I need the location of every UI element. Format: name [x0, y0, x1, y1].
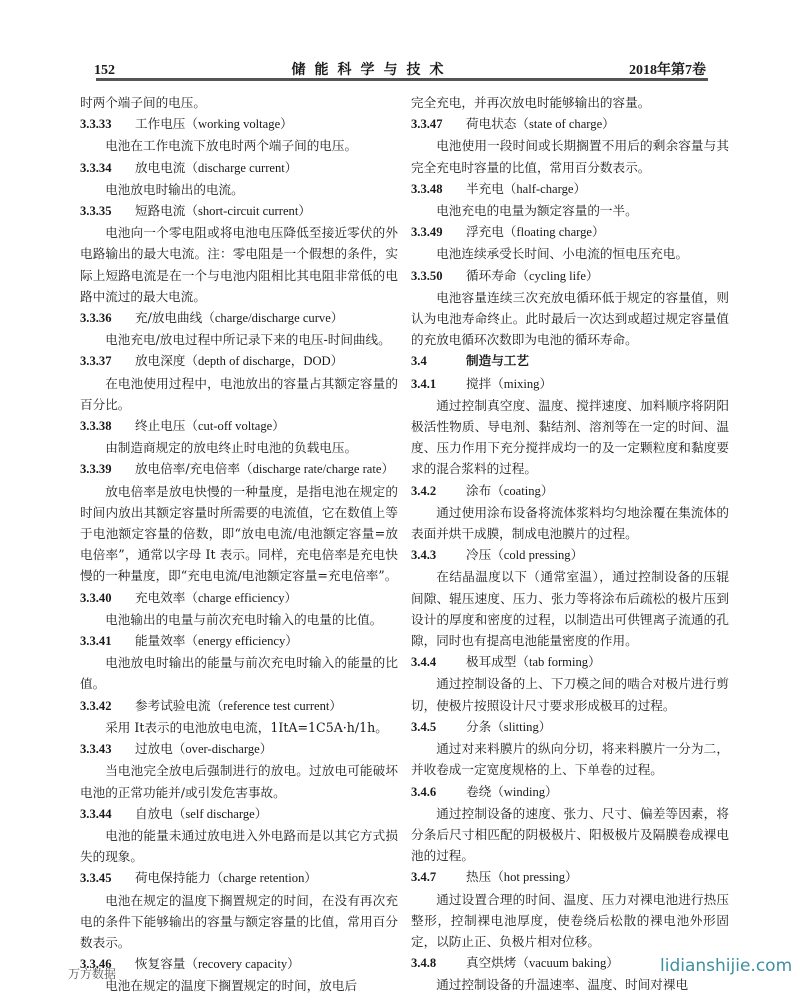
term-number: 3.3.39	[80, 459, 135, 480]
term-heading: 3.3.41能量效率（energy efficiency）	[80, 630, 398, 652]
body-paragraph: 通过设置合理的时间、温度、压力对裸电池进行热压整形，控制裸电池厚度，使卷绕后松散…	[411, 889, 729, 953]
body-paragraph: 电池输出的电量与前次充电时输入的电量的比值。	[80, 609, 398, 630]
term-chinese: 极耳成型	[466, 654, 516, 669]
term-number: 3.3.43	[80, 739, 135, 760]
term-number: 3.3.47	[411, 114, 466, 135]
term-number: 3.3.42	[80, 696, 135, 717]
body-paragraph: 电池在规定的温度下搁置规定的时间，在没有再次充电的条件下能够输出的容量与额定容量…	[80, 890, 398, 954]
body-paragraph: 电池在规定的温度下搁置规定的时间，放电后	[80, 975, 398, 996]
term-heading: 3.4.5分条（slitting）	[411, 716, 729, 738]
term-chinese: 放电电流	[135, 160, 185, 175]
term-number: 3.4.6	[411, 782, 466, 803]
running-header: 152 储能科学与技术 2018年第7卷	[94, 57, 706, 79]
term-english: （short-circuit current）	[185, 204, 311, 218]
page-number: 152	[94, 63, 115, 79]
term-chinese: 短路电流	[135, 203, 185, 218]
term-heading: 3.4.2涂布（coating）	[411, 480, 729, 502]
term-number: 3.4.3	[411, 545, 466, 566]
term-english: （cut-off voltage）	[185, 419, 284, 433]
body-paragraph: 当电池完全放电后强制进行的放电。过放电可能破坏电池的正常功能并/或引发危害事故。	[80, 760, 398, 802]
term-heading: 3.3.50循环寿命（cycling life）	[411, 265, 729, 287]
term-heading: 3.4.1搅拌（mixing）	[411, 373, 729, 395]
term-english: （vacuum baking）	[516, 956, 618, 970]
term-number: 3.3.50	[411, 266, 466, 287]
term-number: 3.4.5	[411, 717, 466, 738]
term-chinese: 半充电	[466, 181, 504, 196]
term-english: （recovery capacity）	[185, 957, 299, 971]
term-number: 3.3.45	[80, 868, 135, 889]
term-chinese: 冷压	[466, 547, 491, 562]
term-chinese: 涂布	[466, 483, 491, 498]
term-heading: 3.3.38终止电压（cut-off voltage）	[80, 415, 398, 437]
body-paragraph: 电池放电时输出的电流。	[80, 179, 398, 200]
term-heading: 3.3.40充电效率（charge efficiency）	[80, 587, 398, 609]
term-heading: 3.3.48半充电（half-charge）	[411, 178, 729, 200]
term-english: （discharge current）	[185, 161, 297, 175]
term-heading: 3.3.37放电深度（depth of discharge，DOD）	[80, 350, 398, 372]
term-english: （slitting）	[491, 720, 551, 734]
term-heading: 3.3.34放电电流（discharge current）	[80, 157, 398, 179]
term-english: （winding）	[491, 785, 557, 799]
term-number: 3.3.35	[80, 201, 135, 222]
term-number: 3.3.36	[80, 308, 135, 329]
term-chinese: 热压	[466, 869, 491, 884]
body-paragraph: 通过控制设备的上、下刀模之间的啮合对极片进行剪切，使极片按照设计尺寸要求形成极耳…	[411, 673, 729, 715]
term-chinese: 过放电	[135, 741, 173, 756]
section-number: 3.4	[411, 351, 466, 372]
right-column: 完全充电，并再次放电时能够输出的容量。3.3.47荷电状态（state of c…	[411, 92, 729, 996]
term-english: （hot pressing）	[491, 870, 577, 884]
term-number: 3.3.44	[80, 804, 135, 825]
term-chinese: 恢复容量	[135, 956, 185, 971]
body-paragraph: 通过控制真空度、温度、搅拌速度、加料顺序将阴阳极活性物质、导电剂、黏结剂、溶剂等…	[411, 395, 729, 480]
term-english: （depth of discharge，DOD）	[185, 354, 343, 368]
term-number: 3.3.40	[80, 588, 135, 609]
term-heading: 3.3.49浮充电（floating charge）	[411, 221, 729, 243]
term-chinese: 工作电压	[135, 116, 185, 131]
term-english: （mixing）	[491, 377, 552, 391]
term-chinese: 卷绕	[466, 784, 491, 799]
term-chinese: 充/放电曲线	[135, 310, 202, 325]
term-number: 3.3.41	[80, 631, 135, 652]
term-chinese: 自放电	[135, 806, 173, 821]
term-english: （self discharge）	[173, 807, 268, 821]
term-heading: 3.3.47荷电状态（state of charge）	[411, 113, 729, 135]
term-heading: 3.4.4极耳成型（tab forming）	[411, 651, 729, 673]
body-paragraph: 电池放电时输出的能量与前次充电时输入的能量的比值。	[80, 652, 398, 694]
body-paragraph: 在电池使用过程中，电池放出的容量占其额定容量的百分比。	[80, 373, 398, 415]
term-heading: 3.3.43过放电（over-discharge）	[80, 738, 398, 760]
body-paragraph: 在结晶温度以下（通常室温），通过控制设备的压辊间隙、辊压速度、压力、张力等将涂布…	[411, 566, 729, 651]
term-english: （energy efficiency）	[185, 634, 297, 648]
journal-title: 储能科学与技术	[292, 59, 453, 79]
term-chinese: 分条	[466, 719, 491, 734]
left-column: 时两个端子间的电压。3.3.33工作电压（working voltage）电池在…	[80, 92, 398, 997]
term-english: （charge retention）	[211, 871, 317, 885]
term-english: （over-discharge）	[173, 742, 273, 756]
body-paragraph: 采用 It表示的电池放电电流，1ItA=1C5A·h/1h。	[80, 717, 398, 738]
term-heading: 3.3.44自放电（self discharge）	[80, 803, 398, 825]
term-chinese: 荷电状态	[466, 116, 516, 131]
term-english: （cycling life）	[516, 269, 598, 283]
term-heading: 3.3.36充/放电曲线（charge/discharge curve）	[80, 307, 398, 329]
term-heading: 3.3.33工作电压（working voltage）	[80, 113, 398, 135]
term-chinese: 放电倍率/充电倍率	[135, 461, 240, 476]
body-paragraph: 电池的能量未通过放电进入外电路而是以其它方式损失的现象。	[80, 825, 398, 867]
body-paragraph: 电池充电的电量为额定容量的一半。	[411, 200, 729, 221]
term-chinese: 搅拌	[466, 376, 491, 391]
term-heading: 3.4.3冷压（cold pressing）	[411, 544, 729, 566]
term-heading: 3.3.42参考试验电流（reference test current）	[80, 695, 398, 717]
body-paragraph: 电池连续承受长时间、小电流的恒电压充电。	[411, 243, 729, 264]
body-paragraph: 由制造商规定的放电终止时电池的负载电压。	[80, 437, 398, 458]
term-english: （charge efficiency）	[185, 591, 297, 605]
term-heading: 3.3.35短路电流（short-circuit current）	[80, 200, 398, 222]
term-english: （discharge rate/charge rate）	[240, 462, 394, 476]
term-english: （coating）	[491, 484, 553, 498]
term-english: （state of charge）	[516, 117, 614, 131]
body-paragraph: 时两个端子间的电压。	[80, 92, 398, 113]
term-number: 3.4.2	[411, 481, 466, 502]
term-english: （tab forming）	[516, 655, 600, 669]
term-chinese: 参考试验电流	[135, 698, 211, 713]
term-heading: 3.4.7热压（hot pressing）	[411, 866, 729, 888]
body-paragraph: 通过控制设备的速度、张力、尺寸、偏差等因素，将分条后尺寸相匹配的阴极极片、阳极极…	[411, 803, 729, 867]
term-number: 3.3.48	[411, 179, 466, 200]
body-paragraph: 通过使用涂布设备将流体浆料均匀地涂覆在集流体的表面并烘干成膜，制成电池膜片的过程…	[411, 502, 729, 544]
body-paragraph: 电池在工作电流下放电时两个端子间的电压。	[80, 135, 398, 156]
body-paragraph: 放电倍率是放电快慢的一种量度，是指电池在规定的时间内放出其额定容量时所需要的电流…	[80, 481, 398, 587]
term-heading: 3.3.39放电倍率/充电倍率（discharge rate/charge ra…	[80, 458, 398, 480]
body-paragraph: 电池充电/放电过程中所记录下来的电压-时间曲线。	[80, 329, 398, 350]
term-number: 3.4.8	[411, 953, 466, 974]
term-heading: 3.3.45荷电保持能力（charge retention）	[80, 867, 398, 889]
body-paragraph: 电池使用一段时间或长期搁置不用后的剩余容量与其完全充电时容量的比值，常用百分数表…	[411, 135, 729, 177]
source-label: 万方数据	[68, 965, 116, 982]
term-number: 3.4.7	[411, 867, 466, 888]
term-chinese: 循环寿命	[466, 268, 516, 283]
body-paragraph: 电池向一个零电阻或将电池电压降低至接近零伏的外电路输出的最大电流。注：零电阻是一…	[80, 222, 398, 307]
body-paragraph: 通过控制设备的升温速率、温度、时间对裸电	[411, 974, 729, 995]
body-paragraph: 电池容量连续三次充放电循环低于规定的容量值，则认为电池寿命终止。此时最后一次达到…	[411, 287, 729, 351]
term-english: （charge/discharge curve）	[202, 311, 343, 325]
term-number: 3.3.38	[80, 416, 135, 437]
term-chinese: 真空烘烤	[466, 955, 516, 970]
term-number: 3.3.37	[80, 351, 135, 372]
header-rule	[96, 78, 708, 81]
body-paragraph: 通过对来料膜片的纵向分切，将来料膜片一分为二，并收卷成一定宽度规格的上、下单卷的…	[411, 738, 729, 780]
term-english: （cold pressing）	[491, 548, 583, 562]
section-title: 制造与工艺	[466, 353, 529, 368]
term-chinese: 能量效率	[135, 633, 185, 648]
term-chinese: 终止电压	[135, 418, 185, 433]
term-english: （half-charge）	[504, 182, 586, 196]
body-paragraph: 完全充电，并再次放电时能够输出的容量。	[411, 92, 729, 113]
term-chinese: 荷电保持能力	[135, 870, 211, 885]
term-chinese: 放电深度	[135, 353, 185, 368]
watermark: lidianshijie.com	[660, 956, 792, 976]
term-heading: 3.4.6卷绕（winding）	[411, 781, 729, 803]
term-number: 3.4.4	[411, 652, 466, 673]
term-number: 3.3.34	[80, 158, 135, 179]
term-english: （working voltage）	[185, 117, 292, 131]
term-chinese: 充电效率	[135, 590, 185, 605]
term-english: （floating charge）	[504, 225, 605, 239]
section-heading: 3.4制造与工艺	[411, 350, 729, 372]
volume-info: 2018年第7卷	[629, 59, 706, 79]
term-english: （reference test current）	[211, 699, 342, 713]
term-heading: 3.3.46恢复容量（recovery capacity）	[80, 953, 398, 975]
term-chinese: 浮充电	[466, 224, 504, 239]
term-number: 3.4.1	[411, 374, 466, 395]
term-number: 3.3.49	[411, 222, 466, 243]
term-number: 3.3.33	[80, 114, 135, 135]
